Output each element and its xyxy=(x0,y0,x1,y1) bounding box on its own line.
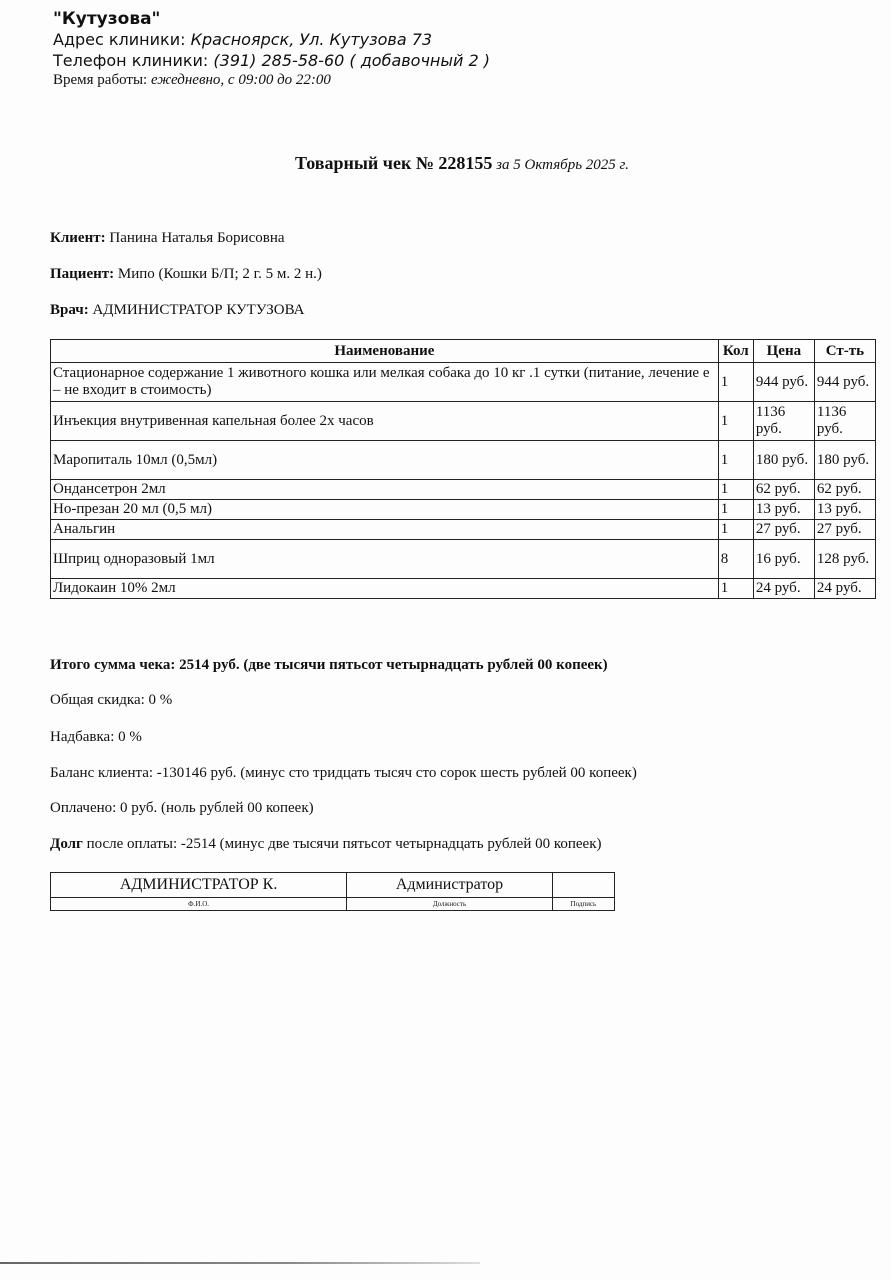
header-qty: Кол xyxy=(718,340,753,363)
table-row: Анальгин127 руб.27 руб. xyxy=(51,520,876,540)
item-price: 16 руб. xyxy=(753,540,814,579)
header-name: Наименование xyxy=(51,340,719,363)
debt-line: Долг после оплаты: -2514 (минус две тыся… xyxy=(50,836,602,853)
scan-edge-line xyxy=(0,1262,480,1264)
doctor-line: Врач: АДМИНИСТРАТОР КУТУЗОВА xyxy=(50,302,305,319)
address-value: Красноярск, Ул. Кутузова 73 xyxy=(191,30,433,49)
phone-value: (391) 285-58-60 ( добавочный 2 ) xyxy=(213,51,490,70)
address-label: Адрес клиники: xyxy=(53,30,191,49)
item-sum: 180 руб. xyxy=(814,441,875,480)
signature-table: АДМИНИСТРАТОР К. Администратор Ф.И.О. До… xyxy=(50,872,615,911)
hours-value: ежедневно, с 09:00 до 22:00 xyxy=(151,72,331,88)
item-qty: 1 xyxy=(718,579,753,599)
position-caption: Должность xyxy=(347,898,553,911)
signer-name: АДМИНИСТРАТОР К. xyxy=(51,873,347,898)
table-row: Ондансетрон 2мл162 руб.62 руб. xyxy=(51,480,876,500)
debt-value: после оплаты: -2514 (минус две тысячи пя… xyxy=(83,836,602,852)
item-qty: 1 xyxy=(718,441,753,480)
item-name: Шприц одноразовый 1мл xyxy=(51,540,719,579)
paid-line: Оплачено: 0 руб. (ноль рублей 00 копеек) xyxy=(50,800,314,817)
item-name: Лидокаин 10% 2мл xyxy=(51,579,719,599)
receipt-date: за 5 Октябрь 2025 г. xyxy=(492,157,629,173)
clinic-address: Адрес клиники: Красноярск, Ул. Кутузова … xyxy=(53,29,490,50)
table-row: Лидокаин 10% 2мл124 руб.24 руб. xyxy=(51,579,876,599)
item-price: 13 руб. xyxy=(753,500,814,520)
hours-label: Время работы: xyxy=(53,72,151,88)
item-price: 180 руб. xyxy=(753,441,814,480)
item-price: 944 руб. xyxy=(753,363,814,402)
item-qty: 1 xyxy=(718,520,753,540)
header-price: Цена xyxy=(753,340,814,363)
total-line: Итого сумма чека: 2514 руб. (две тысячи … xyxy=(50,657,608,674)
item-price: 62 руб. xyxy=(753,480,814,500)
item-price: 1136 руб. xyxy=(753,402,814,441)
item-qty: 1 xyxy=(718,480,753,500)
client-label: Клиент: xyxy=(50,230,106,246)
item-name: Инъекция внутривенная капельная более 2х… xyxy=(51,402,719,441)
item-sum: 13 руб. xyxy=(814,500,875,520)
discount-line: Общая скидка: 0 % xyxy=(50,692,172,709)
patient-line: Пациент: Мипо (Кошки Б/П; 2 г. 5 м. 2 н.… xyxy=(50,266,322,283)
doctor-label: Врач: xyxy=(50,302,89,318)
total-text: Итого сумма чека: 2514 руб. (две тысячи … xyxy=(50,657,608,673)
item-price: 27 руб. xyxy=(753,520,814,540)
item-sum: 1136 руб. xyxy=(814,402,875,441)
table-header-row: Наименование Кол Цена Ст-ть xyxy=(51,340,876,363)
item-sum: 27 руб. xyxy=(814,520,875,540)
item-qty: 8 xyxy=(718,540,753,579)
item-sum: 62 руб. xyxy=(814,480,875,500)
client-line: Клиент: Панина Наталья Борисовна xyxy=(50,230,285,247)
item-price: 24 руб. xyxy=(753,579,814,599)
patient-value: Мипо (Кошки Б/П; 2 г. 5 м. 2 н.) xyxy=(114,266,322,282)
table-row: Шприц одноразовый 1мл816 руб.128 руб. xyxy=(51,540,876,579)
debt-label: Долг xyxy=(50,836,83,852)
item-sum: 128 руб. xyxy=(814,540,875,579)
item-name: Анальгин xyxy=(51,520,719,540)
phone-label: Телефон клиники: xyxy=(53,51,213,70)
table-row: Но-презан 20 мл (0,5 мл)113 руб.13 руб. xyxy=(51,500,876,520)
clinic-header: "Кутузова" Адрес клиники: Красноярск, Ул… xyxy=(53,10,490,89)
item-qty: 1 xyxy=(718,500,753,520)
name-caption: Ф.И.О. xyxy=(51,898,347,911)
balance-line: Баланс клиента: -130146 руб. (минус сто … xyxy=(50,765,637,782)
items-table: Наименование Кол Цена Ст-ть Стационарное… xyxy=(50,339,876,599)
item-qty: 1 xyxy=(718,402,753,441)
patient-label: Пациент: xyxy=(50,266,114,282)
table-row: Инъекция внутривенная капельная более 2х… xyxy=(51,402,876,441)
item-name: Но-презан 20 мл (0,5 мл) xyxy=(51,500,719,520)
clinic-hours: Время работы: ежедневно, с 09:00 до 22:0… xyxy=(53,71,490,89)
item-name: Ондансетрон 2мл xyxy=(51,480,719,500)
table-row: Стационарное содержание 1 животного кошк… xyxy=(51,363,876,402)
receipt-title: Товарный чек № 228155 за 5 Октябрь 2025 … xyxy=(0,153,891,174)
signature-field xyxy=(552,873,614,898)
signature-caption: Подпись xyxy=(552,898,614,911)
item-qty: 1 xyxy=(718,363,753,402)
header-sum: Ст-ть xyxy=(814,340,875,363)
item-sum: 24 руб. xyxy=(814,579,875,599)
client-value: Панина Наталья Борисовна xyxy=(106,230,285,246)
item-name: Маропиталь 10мл (0,5мл) xyxy=(51,441,719,480)
item-name: Стационарное содержание 1 животного кошк… xyxy=(51,363,719,402)
markup-line: Надбавка: 0 % xyxy=(50,729,142,746)
signer-position: Администратор xyxy=(347,873,553,898)
receipt-number: Товарный чек № 228155 xyxy=(295,153,492,173)
item-sum: 944 руб. xyxy=(814,363,875,402)
doctor-value: АДМИНИСТРАТОР КУТУЗОВА xyxy=(89,302,305,318)
clinic-name: "Кутузова" xyxy=(53,10,490,29)
clinic-phone: Телефон клиники: (391) 285-58-60 ( добав… xyxy=(53,50,490,71)
table-row: Маропиталь 10мл (0,5мл)1180 руб.180 руб. xyxy=(51,441,876,480)
